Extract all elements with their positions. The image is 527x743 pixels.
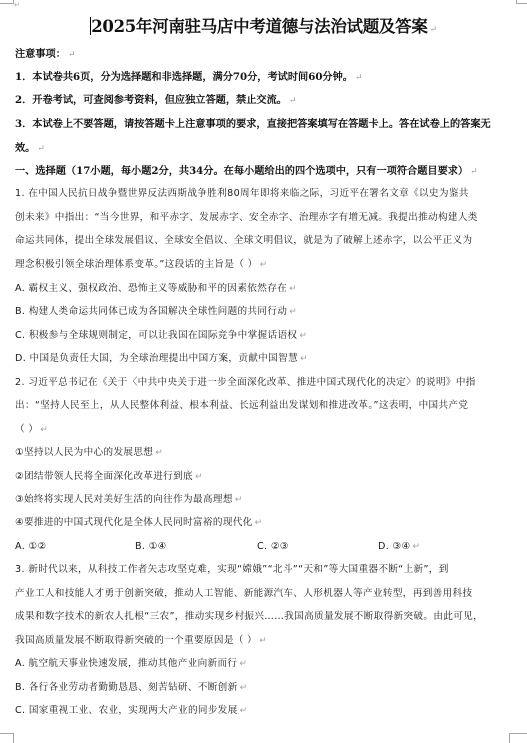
paragraph-mark-icon: ↵ bbox=[195, 472, 203, 482]
question-2-option-b: B. ①④ bbox=[135, 540, 167, 554]
question-2-stem: （ ）↵ bbox=[15, 423, 513, 437]
question-3-option-b: B. 各行各业劳动者勤勤恳恳、刻苦钻研、不断创新↵ bbox=[15, 681, 513, 695]
paragraph-mark-icon: ↵ bbox=[289, 96, 297, 106]
paragraph-mark-icon: ↵ bbox=[300, 354, 308, 364]
question-3-stem: 产业工人和技能人才勇于创新突破，推动人工智能、新能源汽车、人形机器人等产业转型，… bbox=[15, 587, 513, 601]
question-3-option-c: C. 国家重视工业、农业，实现两大产业的同步发展↵ bbox=[15, 704, 513, 718]
paragraph-mark-icon: ↵ bbox=[430, 25, 437, 35]
question-1-stem: 1. 在中国人民抗日战争暨世界反法西斯战争胜利80周年即将来临之际，习近平在署名… bbox=[15, 187, 513, 201]
notice-item: 1．本试卷共6页，分为选择题和非选择题，满分70分，考试时间60分钟。↵ bbox=[15, 70, 513, 85]
question-3-stem: 3. 新时代以来，从科技工作者矢志攻坚克难，实现“嫦娥”“北斗”“天和”等大国重… bbox=[15, 563, 513, 577]
question-1-option-b: B. 构建人类命运共同体已成为各国解决全球性问题的共同行动↵ bbox=[15, 305, 513, 319]
page-corner-mark-top-left bbox=[0, 0, 14, 4]
section-heading: 一、选择题（17小题，每小题2分，共34分。在每小题给出的四个选项中，只有一项符… bbox=[15, 164, 513, 179]
question-1-stem: 理念积极引领全球治理体系变革。”这段话的主旨是（ ）↵ bbox=[15, 258, 513, 272]
question-1-stem: 创未来》中指出：“当今世界，和平赤字、发展赤字、安全赤字、治理赤字有增无减。我提… bbox=[15, 211, 513, 225]
paragraph-mark-icon: ↵ bbox=[255, 518, 263, 528]
notice-item: 3．本试卷上不要答题，请按答题卡上注意事项的要求，直接把答案填写在答题卡上。答在… bbox=[15, 117, 513, 131]
question-2-option-c: C. ②③ bbox=[257, 540, 289, 554]
paragraph-mark-icon: ↵ bbox=[412, 542, 420, 552]
page-corner-mark-bottom-left bbox=[0, 733, 14, 743]
paragraph-mark-icon: ↵ bbox=[289, 284, 297, 294]
question-3-stem: 我国高质量发展不断取得新突破的一个重要原因是（ ）↵ bbox=[15, 634, 513, 648]
paragraph-mark-icon: ↵ bbox=[355, 73, 363, 83]
paragraph-mark-icon: ↵ bbox=[470, 167, 478, 177]
paragraph-mark-icon: ↵ bbox=[155, 448, 163, 458]
question-2-statement-2: ②团结带领人民将全面深化改革进行到底↵ bbox=[15, 470, 513, 484]
document-title[interactable]: 2025年河南驻马店中考道德与法治试题及答案↵ bbox=[0, 16, 527, 41]
question-2-stem: 2. 习近平总书记在《关于〈中共中央关于进一步全面深化改革、推进中国式现代化的决… bbox=[15, 376, 513, 390]
question-2-statement-1: ①坚持以人民为中心的发展思想↵ bbox=[15, 446, 513, 460]
paragraph-mark-icon: ↵ bbox=[240, 706, 248, 716]
page-corner-mark-top-right bbox=[516, 0, 527, 4]
notice-heading: 注意事项：↵ bbox=[15, 47, 513, 62]
question-1-option-d: D. 中国是负责任大国，为全球治理提出中国方案，贡献中国智慧↵ bbox=[15, 352, 513, 366]
page-corner-mark-bottom-right bbox=[509, 733, 527, 743]
paragraph-mark-icon: ↵ bbox=[260, 260, 268, 270]
question-1-option-c: C. 积极参与全球规则制定，可以让我国在国际竞争中掌握话语权↵ bbox=[15, 329, 513, 343]
paragraph-mark-icon: ↵ bbox=[240, 683, 248, 693]
question-3-option-a: A. 航空航天事业快速发展，推动其他产业向新而行↵ bbox=[15, 657, 513, 671]
question-2-stem: 出：“坚持人民至上，从人民整体利益、根本利益、长远利益出发谋划和推进改革。”这表… bbox=[15, 399, 513, 413]
paragraph-mark-icon: ↵ bbox=[37, 144, 45, 154]
question-1-stem: 命运共同体，提出全球发展倡议、全球安全倡议、全球文明倡议，就是为了破解上述赤字，… bbox=[15, 234, 513, 248]
notice-item: 2．开卷考试，可查阅参考资料，但应独立答题，禁止交流。↵ bbox=[15, 93, 513, 108]
notice-item-continued: 效。↵ bbox=[15, 141, 513, 156]
question-1-option-a: A. 霸权主义、强权政治、恐怖主义等威胁和平的因素依然存在↵ bbox=[15, 282, 513, 296]
paragraph-mark-icon: ↵ bbox=[68, 50, 76, 60]
paragraph-mark-icon: ↵ bbox=[299, 331, 307, 341]
paragraph-mark-icon: ↵ bbox=[259, 636, 267, 646]
question-2-option-a: A. ①② bbox=[15, 540, 46, 554]
paragraph-mark-icon: ↵ bbox=[40, 425, 48, 435]
paragraph-mark-icon: ↵ bbox=[235, 495, 243, 505]
paragraph-mark-icon: ↵ bbox=[14, 1, 20, 9]
paragraph-mark-icon: ↵ bbox=[289, 307, 297, 317]
paragraph-mark-icon: ↵ bbox=[239, 659, 247, 669]
question-2-option-d: D. ③④↵ bbox=[378, 540, 420, 554]
document-page[interactable]: ↵ 2025年河南驻马店中考道德与法治试题及答案↵ 注意事项：↵ 1．本试卷共6… bbox=[0, 0, 527, 743]
question-2-statement-4: ④要推进的中国式现代化是全体人民同时富裕的现代化↵ bbox=[15, 516, 513, 530]
question-3-stem: 成果和数字技术的新农人扎根“三农”，推动实现乡村振兴……我国高质量发展不断取得新… bbox=[15, 610, 513, 624]
question-2-statement-3: ③始终将实现人民对美好生活的向往作为最高理想↵ bbox=[15, 493, 513, 507]
title-text: 2025年河南驻马店中考道德与法治试题及答案 bbox=[91, 17, 427, 36]
